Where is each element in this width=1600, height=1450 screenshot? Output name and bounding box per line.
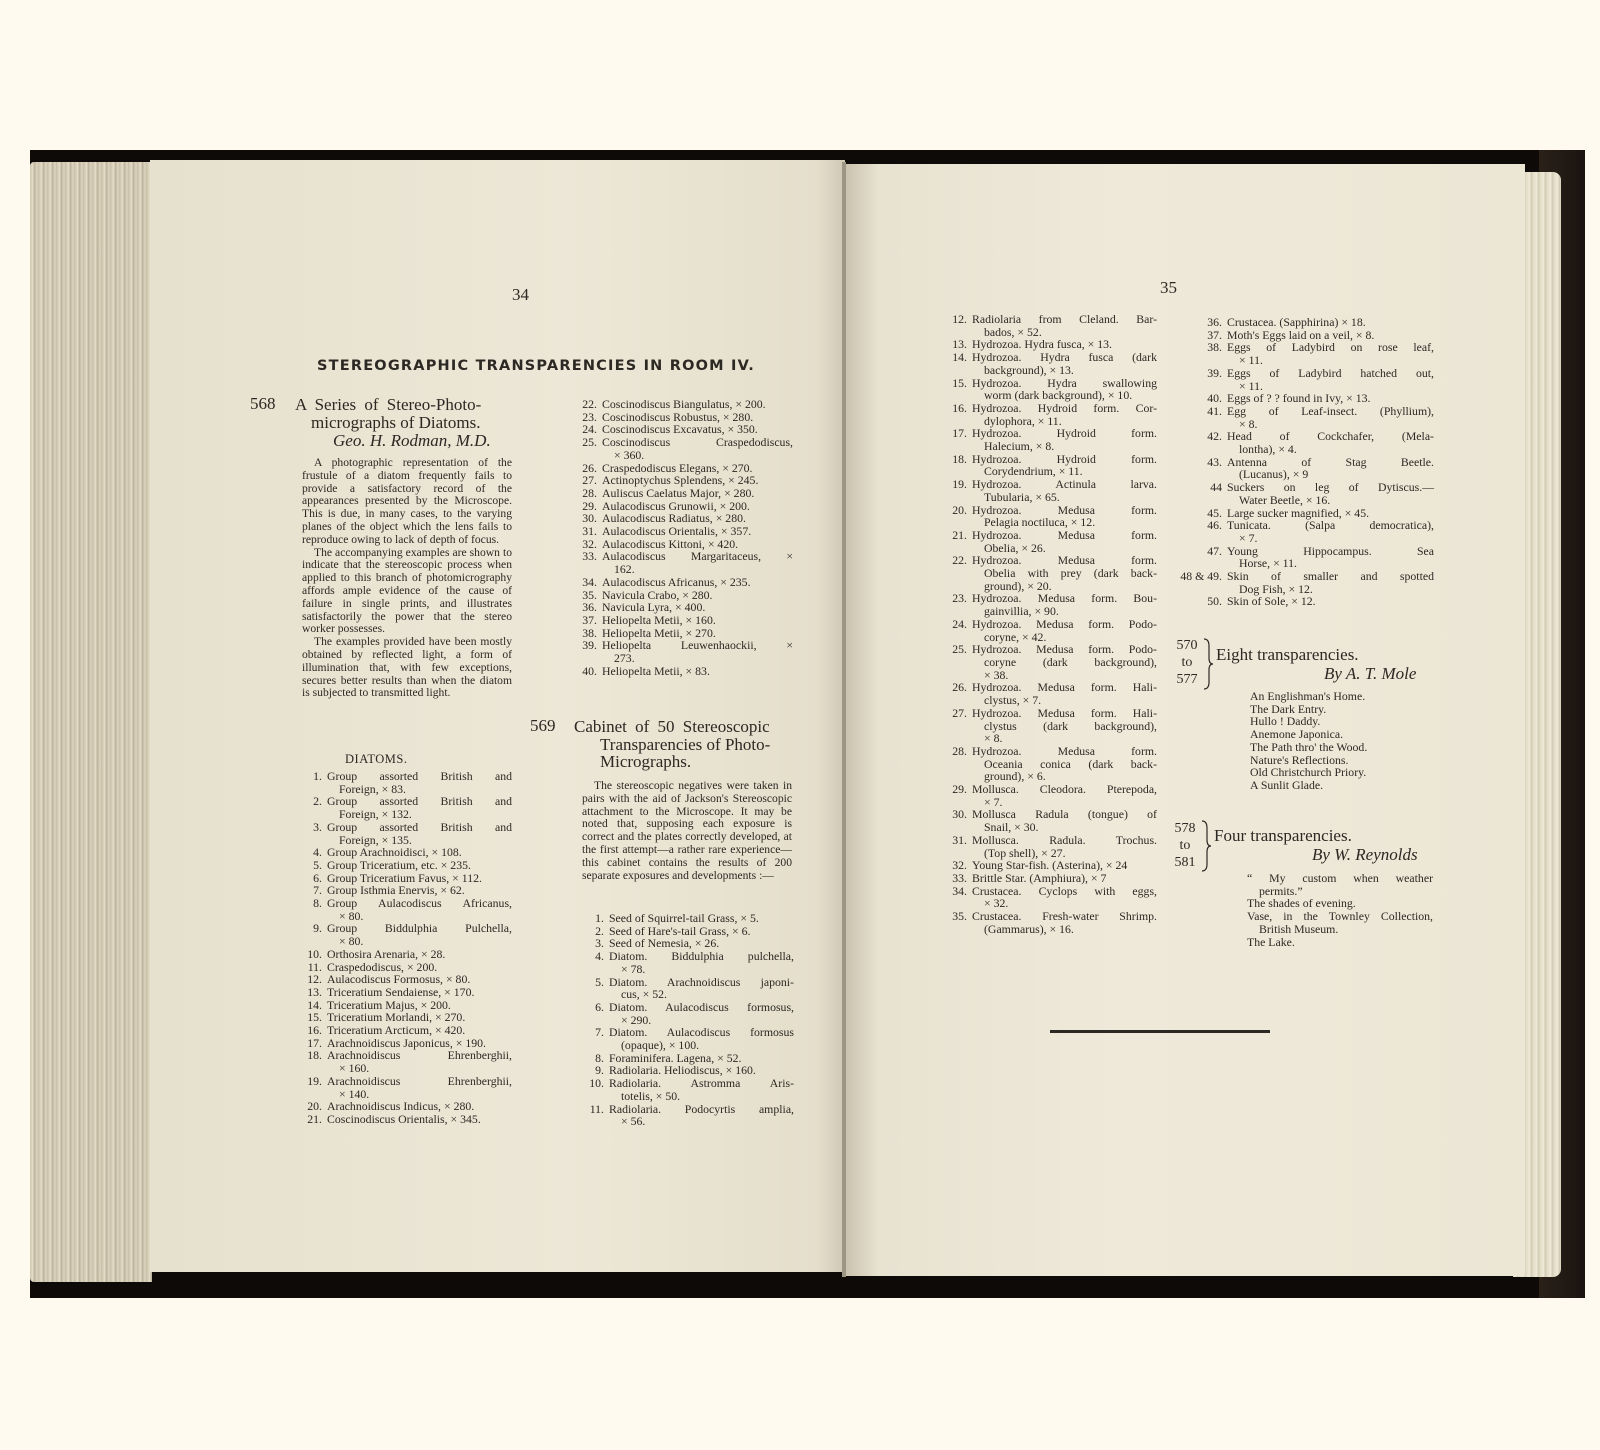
entry-568-description: A photographic representation of the fru… (302, 457, 512, 700)
entry-570-range: 570 to 577 (1174, 637, 1200, 688)
item-text: Hydrozoa. Hydra fusca (dark (972, 351, 1157, 364)
page-number-left: 34 (512, 285, 529, 305)
entry-570-title: Eight transparencies. (1216, 646, 1359, 664)
list-item: 34.Aulacodiscus Africanus, × 235. (575, 576, 793, 589)
list-item: 12.Radiolaria from Cleland. Bar-bados, ×… (945, 313, 1157, 338)
list-item: 47.Young Hippocampus. SeaHorse, × 11. (1200, 545, 1434, 570)
entry-568-number: 568 (250, 394, 276, 414)
entry-570-author: By A. T. Mole (1324, 664, 1416, 684)
item-number: 6. (582, 1001, 609, 1026)
item-number: 16. (945, 402, 972, 427)
list-item: 22.Coscinodiscus Biangulatus, × 200. (575, 398, 793, 411)
item-number: 13. (300, 986, 327, 999)
item-text: Hydrozoa. Medusa form. (972, 745, 1157, 758)
item-text: Diatom. Biddulphia pulchella, (609, 950, 794, 963)
list-item: 6.Diatom. Aulacodiscus formosus,× 290. (582, 1001, 794, 1026)
item-number: 23. (945, 592, 972, 617)
item-number: 40. (575, 665, 602, 678)
entry-569-number: 569 (530, 716, 556, 736)
item-number: 48 & 49. (1170, 570, 1227, 595)
item-text-continued: 162. (602, 563, 793, 576)
list-item: 40.Heliopelta Metii, × 83. (575, 665, 793, 678)
entry-568-title-line1: A Series of Stereo-Photo- (295, 396, 513, 414)
item-number: 46. (1200, 519, 1227, 544)
item-number: 29. (945, 783, 972, 808)
entry-578-items: “ My custom when weatherpermits.”The sha… (1247, 872, 1433, 948)
item-number: 18. (945, 453, 972, 478)
list-item: 41.Egg of Leaf-insect. (Phyllium),× 8. (1200, 405, 1434, 430)
item-text-continued: × 80. (327, 935, 512, 948)
list-item: 31.Mollusca. Radula. Trochus.(Top shell)… (945, 834, 1157, 859)
item-text: Aulacodiscus Orientalis, × 357. (602, 525, 793, 538)
item-number: 9. (300, 922, 327, 947)
range-start: 570 (1174, 637, 1200, 654)
item-number: 30. (945, 808, 972, 833)
item-text: Group assorted British and (327, 770, 512, 783)
item-text: Vase, in the Townley Collection, (1247, 910, 1433, 923)
item-text-continued: × 56. (609, 1115, 794, 1128)
item-number: 19. (300, 1075, 327, 1100)
list-item: 13.Triceratium Sendaiense, × 170. (300, 986, 512, 999)
item-number: 10. (300, 948, 327, 961)
item-number: 44 (1200, 481, 1227, 506)
list-item: 28.Auliscus Caelatus Major, × 280. (575, 487, 793, 500)
item-text-continued: × 360. (602, 449, 793, 462)
list-item: 19.Arachnoidiscus Ehrenberghii,× 140. (300, 1075, 512, 1100)
entry-569-title-line3: Micrographs. (600, 753, 691, 771)
item-number: 1. (300, 770, 327, 795)
item-text: Crustacea. (Sapphirina) × 18. (1227, 316, 1434, 329)
item-text-continued: × 11. (1227, 354, 1434, 367)
item-text: Skin of smaller and spotted (1227, 570, 1434, 583)
item-text-continued: × 7. (1227, 532, 1434, 545)
item-number: 27. (945, 707, 972, 745)
entry-569-description: The stereoscopic negatives were taken in… (582, 780, 792, 882)
item-number: 25. (575, 436, 602, 461)
list-item: 46.Tunicata. (Salpa democratica),× 7. (1200, 519, 1434, 544)
item-text: Triceratium Arcticum, × 420. (327, 1024, 512, 1037)
item-text-continued: lontha), × 4. (1227, 443, 1434, 456)
list-item: 43.Antenna of Stag Beetle.(Lucanus), × 9 (1200, 456, 1434, 481)
cabinet-items-part3: 36.Crustacea. (Sapphirina) × 18.37.Moth'… (1200, 316, 1434, 608)
entry-568-title-line2: micrographs of Diatoms. (311, 414, 481, 432)
list-item: 3.Group assorted British andForeign, × 1… (300, 821, 512, 846)
entry-578-author: By W. Reynolds (1312, 845, 1418, 865)
paragraph: The accompanying examples are shown to i… (302, 547, 512, 637)
list-item: 16.Hydrozoa. Hydroid form. Cor-dylophora… (945, 402, 1157, 427)
item-text: Group Triceratium, etc. × 235. (327, 859, 512, 872)
item-text-continued: British Museum. (1247, 923, 1433, 936)
item-number: 22. (945, 554, 972, 592)
item-number: 31. (945, 834, 972, 859)
item-number: 11. (582, 1103, 609, 1128)
item-number: 50. (1200, 595, 1227, 608)
list-item: 50.Skin of Sole, × 12. (1200, 595, 1434, 608)
item-text: Aulacodiscus Africanus, × 235. (602, 576, 793, 589)
item-text: The Lake. (1247, 936, 1433, 949)
item-text: Hydrozoa. Hydroid form. Cor- (972, 402, 1157, 415)
end-rule (1050, 1030, 1270, 1033)
list-item: A Sunlit Glade. (1250, 779, 1440, 792)
item-number: 24. (945, 618, 972, 643)
list-item: 39.Eggs of Ladybird hatched out,× 11. (1200, 367, 1434, 392)
item-text: Coscinodiscus Biangulatus, × 200. (602, 398, 793, 411)
item-text: Mollusca. Radula. Trochus. (972, 834, 1157, 847)
item-text: Arachnoidiscus Ehrenberghii, (327, 1075, 512, 1088)
item-text-continued: coryne (dark background), (972, 656, 1157, 669)
list-item: 28.Hydrozoa. Medusa form.Oceania conica … (945, 745, 1157, 783)
item-text: Radiolaria. Astromma Aris- (609, 1077, 794, 1090)
list-item: 23.Hydrozoa. Medusa form. Bou-gainvillia… (945, 592, 1157, 617)
list-item: 21.Coscinodiscus Orientalis, × 345. (300, 1113, 512, 1126)
item-text: Egg of Leaf-insect. (Phyllium), (1227, 405, 1434, 418)
entry-570-items: An Englishman's Home.The Dark Entry.Hull… (1250, 690, 1440, 792)
item-text: Suckers on leg of Dytiscus.— (1227, 481, 1434, 494)
item-text: Crustacea. Fresh-water Shrimp. (972, 910, 1157, 923)
item-number: 28. (945, 745, 972, 783)
item-number: 31. (575, 525, 602, 538)
item-number: 26. (945, 681, 972, 706)
item-text: Heliopelta Metii, × 160. (602, 614, 793, 627)
list-item: 37.Heliopelta Metii, × 160. (575, 614, 793, 627)
entry-569-title-line1: Cabinet of 50 Stereoscopic (574, 718, 793, 736)
list-item: 35.Crustacea. Fresh-water Shrimp.(Gammar… (945, 910, 1157, 935)
item-text: Auliscus Caelatus Major, × 280. (602, 487, 793, 500)
list-item: 20.Hydrozoa. Medusa form.Pelagia noctilu… (945, 504, 1157, 529)
item-number: 34. (945, 885, 972, 910)
paragraph: A photographic representation of the fru… (302, 457, 512, 547)
list-item: The Path thro' the Wood. (1250, 741, 1440, 754)
item-number: 20. (945, 504, 972, 529)
item-number: 34. (575, 576, 602, 589)
list-item: An Englishman's Home. (1250, 690, 1440, 703)
brace-icon (1202, 638, 1214, 690)
book-gutter (842, 162, 846, 1277)
item-number: 39. (575, 639, 602, 664)
item-text: Tunicata. (Salpa democratica), (1227, 519, 1434, 532)
item-text: Triceratium Sendaiense, × 170. (327, 986, 512, 999)
range-start: 578 (1172, 820, 1198, 837)
item-text-continued: × 8. (972, 732, 1157, 745)
item-number: 21. (945, 529, 972, 554)
item-text-continued: (opaque), × 100. (609, 1039, 794, 1052)
diatoms-list-part1: 1.Group assorted British andForeign, × 8… (300, 770, 512, 1126)
item-text-continued: × 160. (327, 1062, 512, 1075)
list-item: 30.Mollusca Radula (tongue) ofSnail, × 3… (945, 808, 1157, 833)
diatoms-list-part2: 22.Coscinodiscus Biangulatus, × 200.23.C… (575, 398, 793, 677)
list-item: 29.Mollusca. Cleodora. Pterepoda,× 7. (945, 783, 1157, 808)
cabinet-items-part2: 12.Radiolaria from Cleland. Bar-bados, ×… (945, 313, 1157, 935)
item-number: 8. (300, 897, 327, 922)
item-text-continued: background), × 13. (972, 364, 1157, 377)
item-text: Hydrozoa. Medusa form. Hali- (972, 707, 1157, 720)
list-item: 2.Group assorted British andForeign, × 1… (300, 795, 512, 820)
list-item: 24.Hydrozoa. Medusa form. Podo-coryne, ×… (945, 618, 1157, 643)
item-text: Orthosira Arenaria, × 28. (327, 948, 512, 961)
item-text-continued: Halecium, × 8. (972, 440, 1157, 453)
list-item: 1.Group assorted British andForeign, × 8… (300, 770, 512, 795)
cabinet-items-part1: 1.Seed of Squirrel-tail Grass, × 5.2.See… (582, 912, 794, 1128)
item-number: 12. (945, 313, 972, 338)
item-number: 21. (300, 1113, 327, 1126)
item-number: 47. (1200, 545, 1227, 570)
item-text: “ My custom when weather (1247, 872, 1433, 885)
list-item: 17.Hydrozoa. Hydroid form.Halecium, × 8. (945, 427, 1157, 452)
list-item: 44Suckers on leg of Dytiscus.—Water Beet… (1200, 481, 1434, 506)
list-item: 14.Hydrozoa. Hydra fusca (darkbackground… (945, 351, 1157, 376)
list-item: 36.Crustacea. (Sapphirina) × 18. (1200, 316, 1434, 329)
list-item: 22.Hydrozoa. Medusa form.Obelia with pre… (945, 554, 1157, 592)
range-end: 577 (1174, 671, 1200, 688)
list-item: 19.Hydrozoa. Actinula larva.Tubularia, ×… (945, 478, 1157, 503)
list-item: 27.Hydrozoa. Medusa form. Hali-clystus (… (945, 707, 1157, 745)
item-text-continued: × 78. (609, 963, 794, 976)
list-item: 18.Arachnoidiscus Ehrenberghii,× 160. (300, 1049, 512, 1074)
list-item: Vase, in the Townley Collection,British … (1247, 910, 1433, 935)
item-number: 25. (945, 643, 972, 681)
page-heading: STEREOGRAPHIC TRANSPARENCIES IN ROOM IV. (317, 358, 755, 374)
item-text: Eggs of Ladybird hatched out, (1227, 367, 1434, 380)
list-item: 26.Hydrozoa. Medusa form. Hali-clystus, … (945, 681, 1157, 706)
list-item: “ My custom when weatherpermits.” (1247, 872, 1433, 897)
item-number: 14. (945, 351, 972, 376)
item-number: 33. (945, 872, 972, 885)
item-number: 16. (300, 1024, 327, 1037)
list-item: 25.Coscinodiscus Craspedodiscus,× 360. (575, 436, 793, 461)
list-item: 25.Hydrozoa. Medusa form. Podo-coryne (d… (945, 643, 1157, 681)
item-text: Seed of Squirrel-tail Grass, × 5. (609, 912, 794, 925)
item-number: 41. (1200, 405, 1227, 430)
item-text: Skin of Sole, × 12. (1227, 595, 1434, 608)
list-item: 33.Brittle Star. (Amphiura), × 7 (945, 872, 1157, 885)
list-item: 1.Seed of Squirrel-tail Grass, × 5. (582, 912, 794, 925)
item-number: 19. (945, 478, 972, 503)
range-to: to (1174, 654, 1200, 671)
paragraph: The examples provided have been mostly o… (302, 636, 512, 700)
item-text: Brittle Star. (Amphiura), × 7 (972, 872, 1157, 885)
entry-568-author: Geo. H. Rodman, M.D. (333, 431, 491, 451)
range-end: 581 (1172, 854, 1198, 871)
item-number: 36. (1200, 316, 1227, 329)
diatoms-list-heading: DIATOMS. (345, 752, 407, 767)
item-number: 5. (582, 976, 609, 1001)
item-text: Group assorted British and (327, 821, 512, 834)
item-text: Group Aulacodiscus Africanus, (327, 897, 512, 910)
item-number: 33. (575, 550, 602, 575)
item-number: 28. (575, 487, 602, 500)
item-text-continued: Obelia with prey (dark back- (972, 567, 1157, 580)
item-text: Coscinodiscus Craspedodiscus, (602, 436, 793, 449)
item-number: 4. (582, 950, 609, 975)
list-item: 42.Head of Cockchafer, (Mela-lontha), × … (1200, 430, 1434, 455)
item-text: Heliopelta Metii, × 83. (602, 665, 793, 678)
item-text-continued: Water Beetle, × 16. (1227, 494, 1434, 507)
list-item: 15.Hydrozoa. Hydra swallowingworm (dark … (945, 377, 1157, 402)
item-number: 42. (1200, 430, 1227, 455)
paragraph: The stereoscopic negatives were taken in… (582, 780, 792, 882)
list-item: 5.Group Triceratium, etc. × 235. (300, 859, 512, 872)
list-item: 8.Group Aulacodiscus Africanus,× 80. (300, 897, 512, 922)
list-item: 21.Hydrozoa. Medusa form.Obelia, × 26. (945, 529, 1157, 554)
item-text-continued: Snail, × 30. (972, 821, 1157, 834)
entry-578-title: Four transparencies. (1214, 827, 1352, 845)
list-item: 31.Aulacodiscus Orientalis, × 357. (575, 525, 793, 538)
item-text: Radiolaria from Cleland. Bar- (972, 313, 1157, 326)
range-to: to (1172, 837, 1198, 854)
item-text: Hydrozoa. Medusa form. (972, 529, 1157, 542)
item-number: 37. (575, 614, 602, 627)
item-text-continued: 273. (602, 652, 793, 665)
item-text: Mollusca. Cleodora. Pterepoda, (972, 783, 1157, 796)
item-number: 2. (300, 795, 327, 820)
item-number: 17. (945, 427, 972, 452)
list-item: 39.Heliopelta Leuwenhaockii, ×273. (575, 639, 793, 664)
list-item: The Lake. (1247, 936, 1433, 949)
item-number: 3. (300, 821, 327, 846)
item-number: 5. (300, 859, 327, 872)
item-text: Coscinodiscus Orientalis, × 345. (327, 1113, 512, 1126)
list-item: 10.Orthosira Arenaria, × 28. (300, 948, 512, 961)
list-item: 33.Aulacodiscus Margaritaceus, ×162. (575, 550, 793, 575)
item-text: Hydrozoa. Medusa form. Podo- (972, 618, 1157, 631)
list-item: 5.Diatom. Arachnoidiscus japoni-cus, × 5… (582, 976, 794, 1001)
list-item: 18.Hydrozoa. Hydroid form.Corydendrium, … (945, 453, 1157, 478)
item-number: 15. (945, 377, 972, 402)
item-text-continued: gainvillia, × 90. (972, 605, 1157, 618)
list-item: 10.Radiolaria. Astromma Aris-totelis, × … (582, 1077, 794, 1102)
list-item: 11.Radiolaria. Podocyrtis amplia,× 56. (582, 1103, 794, 1128)
item-text-continued: Foreign, × 132. (327, 808, 512, 821)
list-item: 34.Crustacea. Cyclops with eggs,× 32. (945, 885, 1157, 910)
page-stack-left (30, 162, 152, 1282)
item-number: 7. (582, 1026, 609, 1051)
list-item: 9.Group Biddulphia Pulchella,× 80. (300, 922, 512, 947)
list-item: 48 & 49.Skin of smaller and spottedDog F… (1200, 570, 1434, 595)
item-number: 39. (1200, 367, 1227, 392)
item-number: 38. (1200, 341, 1227, 366)
item-number: 22. (575, 398, 602, 411)
item-text: Diatom. Aulacodiscus formosus, (609, 1001, 794, 1014)
brace-icon (1200, 820, 1212, 872)
list-item: 7.Diatom. Aulacodiscus formosus(opaque),… (582, 1026, 794, 1051)
item-text-continued: clystus, × 7. (972, 694, 1157, 707)
list-item: 16.Triceratium Arcticum, × 420. (300, 1024, 512, 1037)
item-number: 1. (582, 912, 609, 925)
page-number-right: 35 (1160, 278, 1177, 298)
item-number: 35. (945, 910, 972, 935)
item-number: 10. (582, 1077, 609, 1102)
list-item: 4.Diatom. Biddulphia pulchella,× 78. (582, 950, 794, 975)
item-number: 18. (300, 1049, 327, 1074)
item-text: Hydrozoa. Actinula larva. (972, 478, 1157, 491)
item-number: 43. (1200, 456, 1227, 481)
item-text-continued: totelis, × 50. (609, 1090, 794, 1103)
item-text-continued: Tubularia, × 65. (972, 491, 1157, 504)
entry-578-range: 578 to 581 (1172, 820, 1198, 871)
list-item: 38.Eggs of Ladybird on rose leaf,× 11. (1200, 341, 1434, 366)
list-item: Anemone Japonica. (1250, 728, 1440, 741)
item-text-continued: (Gammarus), × 16. (972, 923, 1157, 936)
